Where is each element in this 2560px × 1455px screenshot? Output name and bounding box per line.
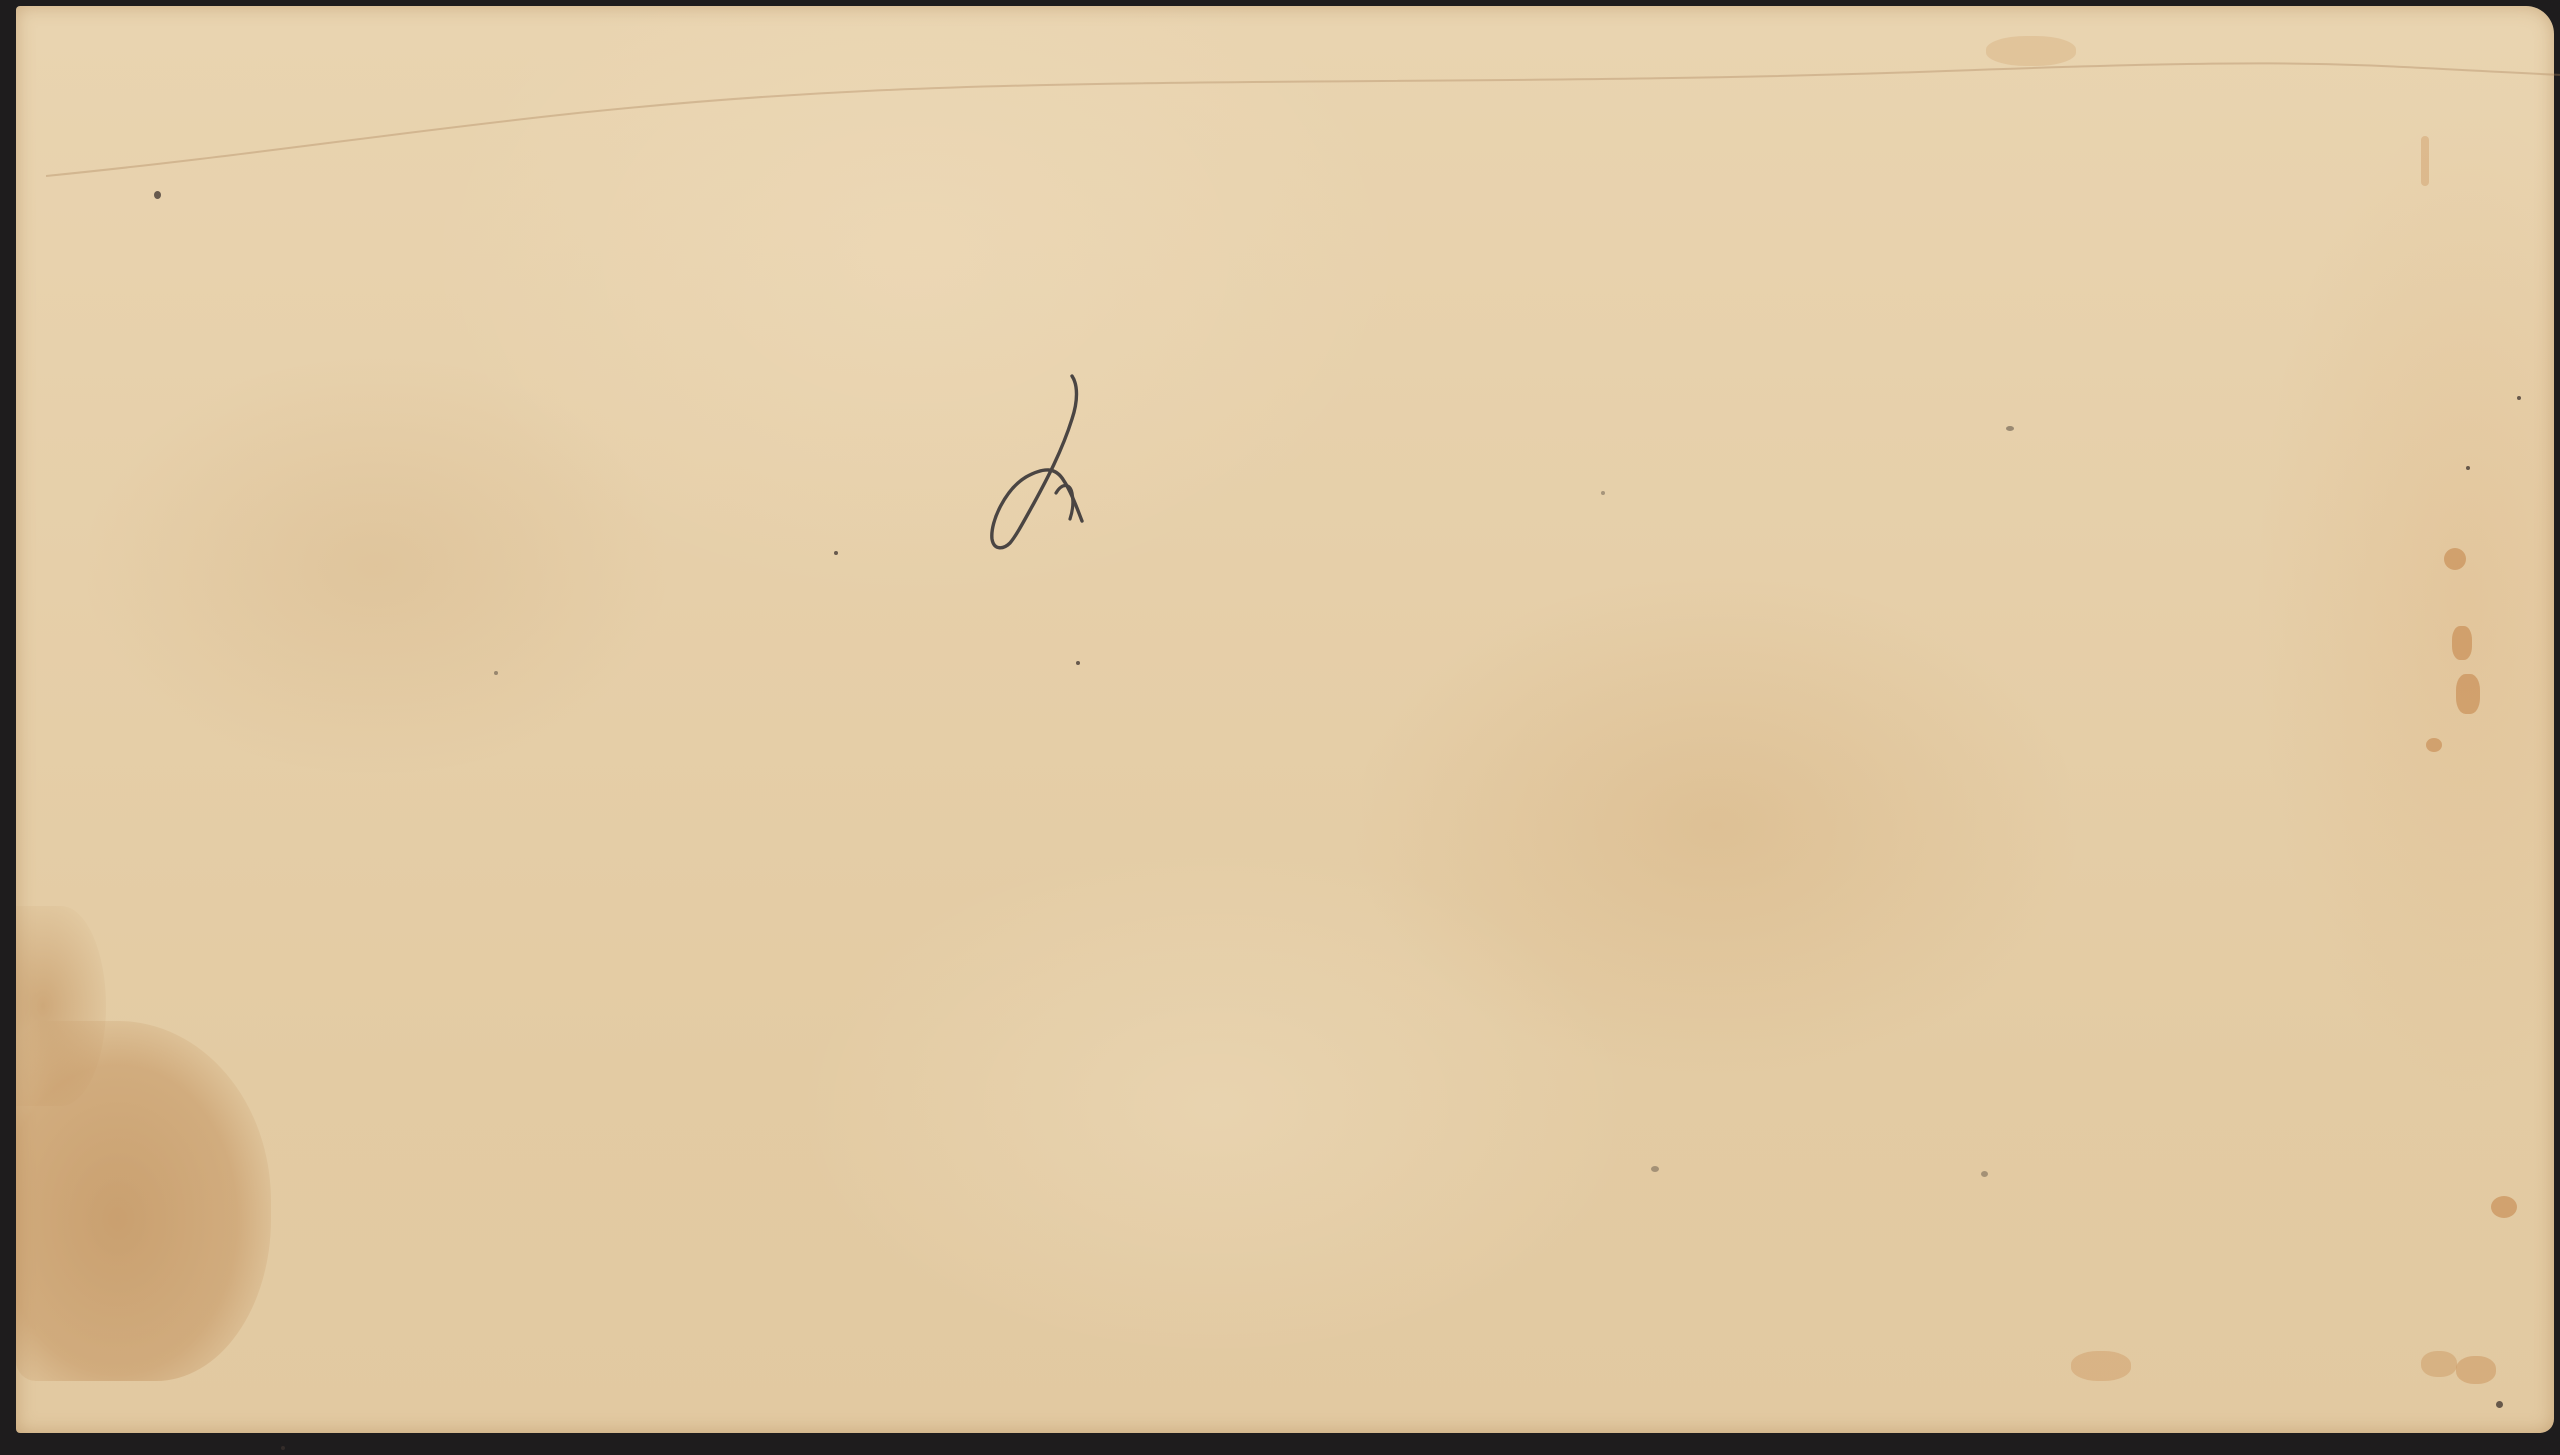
stain-spot <box>2456 1356 2496 1384</box>
stain-spot <box>2491 1196 2517 1218</box>
stain-spot <box>2071 1351 2131 1381</box>
paper-sheet: ℒ <box>16 6 2554 1433</box>
stain-spot <box>2421 136 2429 186</box>
stain-spot <box>2421 1351 2457 1377</box>
paper-crease-line <box>46 46 2560 186</box>
handwritten-mark-text: ℒ <box>16 6 17 7</box>
ink-fleck <box>1076 661 1080 665</box>
ink-fleck <box>281 1446 285 1450</box>
stain-spot <box>2456 674 2480 714</box>
scan-background: ℒ <box>0 0 2560 1455</box>
ink-fleck <box>2006 426 2014 431</box>
stain-spot <box>2426 738 2442 752</box>
stain-spot <box>2452 626 2472 660</box>
ink-fleck <box>2466 466 2470 470</box>
handwritten-mark <box>986 371 1116 571</box>
ink-fleck <box>154 191 161 199</box>
ink-fleck <box>2496 1401 2503 1408</box>
ink-fleck <box>1981 1171 1988 1177</box>
ink-fleck <box>2517 396 2521 400</box>
stain-spot <box>2444 548 2466 570</box>
water-stain-bottom-left <box>16 1021 271 1381</box>
stain-spot <box>1986 36 2076 66</box>
ink-fleck <box>494 671 498 675</box>
ink-fleck <box>834 551 838 555</box>
ink-fleck <box>1651 1166 1659 1172</box>
ink-fleck <box>1601 491 1605 495</box>
